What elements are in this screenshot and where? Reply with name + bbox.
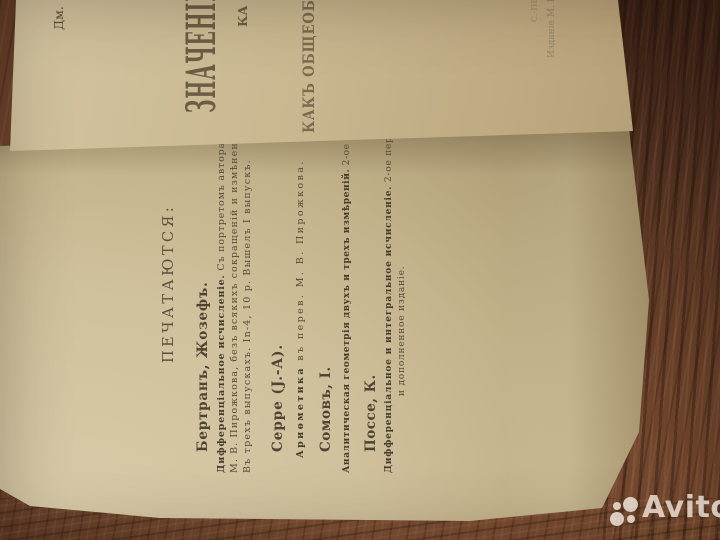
avito-logo-icon xyxy=(613,502,621,510)
photo-of-antique-book: ПЕЧАТАЮТСЯ: Бертранъ, Жозефъ. Дифференці… xyxy=(0,0,720,540)
title-page-title-fragment: КА xyxy=(236,5,249,27)
ads-heading: ПЕЧАТАЮТСЯ: xyxy=(162,204,177,363)
ads-entry-name: Сомовъ, I. xyxy=(319,366,333,452)
ads-entry-line-lead: Дифференціальное и интегральное исчислен… xyxy=(384,186,394,473)
ads-entry-line-rest: и дополненное изданіе. xyxy=(397,266,407,396)
avito-logo-icon xyxy=(610,512,624,526)
ads-entry-line: Ариѳметика въ перев. М. В. Пирожкова. xyxy=(296,159,306,458)
title-page-main-title: ЗНАЧЕНІЕ xyxy=(181,0,223,113)
ads-entry-line-lead: Дифференціальное исчисленіе. xyxy=(216,274,227,473)
ads-entry-line: Дифференціальное и интегральное исчислен… xyxy=(385,85,394,473)
avito-watermark-text: Avito xyxy=(642,490,720,525)
avito-logo-icon xyxy=(627,515,635,523)
ads-entry-name: Поссе, К. xyxy=(364,374,378,452)
ads-entry-line-rest: въ перев. М. В. Пирожкова. xyxy=(295,159,306,366)
title-page-imprint-city: С.-ПЕ xyxy=(531,0,539,22)
title-page-author: Дм. xyxy=(52,6,65,30)
ads-entry-name: Бертранъ, Жозефъ. xyxy=(196,281,210,452)
ads-entry-line-rest: Въ трехъ выпускахъ. In-4, 10 р. Вышелъ I… xyxy=(242,159,253,473)
ads-entry-name: Серре (J.-A). xyxy=(271,344,285,452)
ads-entry-line: М. В. Пирожкова, безъ всякихъ сокращеній… xyxy=(230,142,240,473)
ads-entry-line: и дополненное изданіе. xyxy=(398,266,407,396)
ads-entry-line-lead: Аналитическая геометрія двухъ и трехъ из… xyxy=(342,169,352,473)
avito-logo-icon xyxy=(623,497,638,512)
title-page-subtitle: КАКЪ ОБЩЕОБРАЗОВ xyxy=(301,0,317,133)
ads-entry-line-rest: М. В. Пирожкова, безъ всякихъ сокращеній… xyxy=(229,142,240,473)
ads-entry-line: Дифференціальное исчисленіе. Съ портрето… xyxy=(217,106,227,473)
ads-entry-line-lead: Ариѳметика xyxy=(295,366,306,458)
title-page-imprint-publisher: Изданіе М. В. xyxy=(548,0,557,58)
ads-entry-line: Въ трехъ выпускахъ. In-4, 10 р. Вышелъ I… xyxy=(243,159,253,473)
